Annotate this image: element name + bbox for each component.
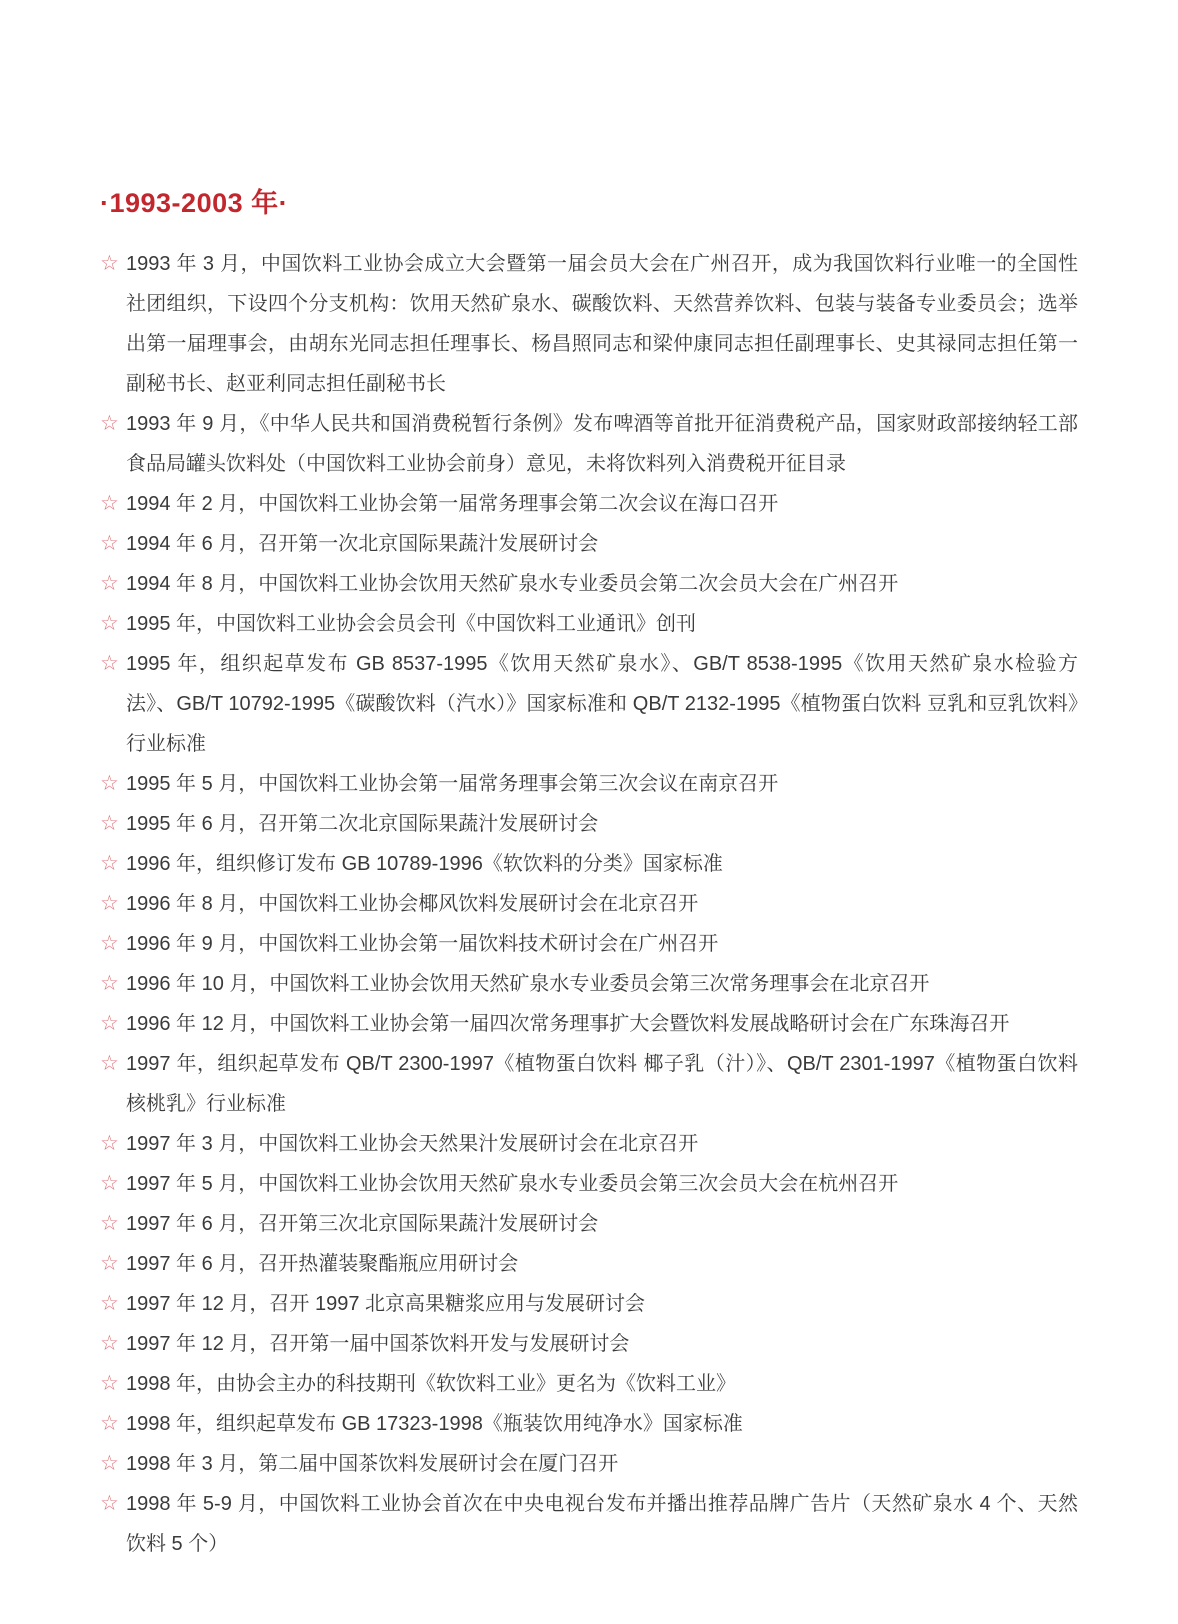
star-icon: ☆ <box>100 924 122 964</box>
timeline-list: ☆ 1993 年 3 月，中国饮料工业协会成立大会暨第一届会员大会在广州召开，成… <box>100 244 1078 1564</box>
star-icon: ☆ <box>100 524 122 564</box>
star-icon: ☆ <box>100 604 122 644</box>
timeline-item: ☆ 1994 年 6 月，召开第一次北京国际果蔬汁发展研讨会 <box>100 524 1078 564</box>
star-icon: ☆ <box>100 644 122 684</box>
timeline-entry-text: 1996 年 8 月，中国饮料工业协会椰风饮料发展研讨会在北京召开 <box>126 893 698 915</box>
star-icon: ☆ <box>100 1324 122 1364</box>
star-icon: ☆ <box>100 1364 122 1404</box>
timeline-entry-text: 1993 年 9 月，《中华人民共和国消费税暂行条例》发布啤酒等首批开征消费税产… <box>126 413 1078 475</box>
timeline-item: ☆ 1995 年 5 月，中国饮料工业协会第一届常务理事会第三次会议在南京召开 <box>100 764 1078 804</box>
star-icon: ☆ <box>100 1444 122 1484</box>
timeline-entry-text: 1996 年，组织修订发布 GB 10789-1996《软饮料的分类》国家标准 <box>126 853 723 875</box>
star-icon: ☆ <box>100 1244 122 1284</box>
star-icon: ☆ <box>100 1044 122 1084</box>
timeline-entry-text: 1993 年 3 月，中国饮料工业协会成立大会暨第一届会员大会在广州召开，成为我… <box>126 253 1078 395</box>
timeline-item: ☆ 1995 年，中国饮料工业协会会员会刊《中国饮料工业通讯》创刊 <box>100 604 1078 644</box>
star-icon: ☆ <box>100 1284 122 1324</box>
star-icon: ☆ <box>100 764 122 804</box>
star-icon: ☆ <box>100 1404 122 1444</box>
timeline-item: ☆ 1996 年 12 月，中国饮料工业协会第一届四次常务理事扩大会暨饮料发展战… <box>100 1004 1078 1044</box>
star-icon: ☆ <box>100 964 122 1004</box>
timeline-item: ☆ 1998 年 3 月，第二届中国茶饮料发展研讨会在厦门召开 <box>100 1444 1078 1484</box>
timeline-item: ☆ 1997 年 5 月，中国饮料工业协会饮用天然矿泉水专业委员会第三次会员大会… <box>100 1164 1078 1204</box>
star-icon: ☆ <box>100 844 122 884</box>
timeline-entry-text: 1995 年，组织起草发布 GB 8537-1995《饮用天然矿泉水》、GB/T… <box>126 653 1078 755</box>
star-icon: ☆ <box>100 1124 122 1164</box>
timeline-item: ☆ 1997 年 6 月，召开第三次北京国际果蔬汁发展研讨会 <box>100 1204 1078 1244</box>
timeline-item: ☆ 1996 年，组织修订发布 GB 10789-1996《软饮料的分类》国家标… <box>100 844 1078 884</box>
timeline-item: ☆ 1997 年 12 月，召开 1997 北京高果糖浆应用与发展研讨会 <box>100 1284 1078 1324</box>
timeline-entry-text: 1998 年 5-9 月，中国饮料工业协会首次在中央电视台发布并播出推荐品牌广告… <box>126 1493 1078 1555</box>
timeline-entry-text: 1994 年 8 月，中国饮料工业协会饮用天然矿泉水专业委员会第二次会员大会在广… <box>126 573 898 595</box>
timeline-entry-text: 1995 年，中国饮料工业协会会员会刊《中国饮料工业通讯》创刊 <box>126 613 696 635</box>
star-icon: ☆ <box>100 804 122 844</box>
star-icon: ☆ <box>100 1004 122 1044</box>
timeline-entry-text: 1998 年，组织起草发布 GB 17323-1998《瓶装饮用纯净水》国家标准 <box>126 1413 743 1435</box>
timeline-entry-text: 1996 年 9 月，中国饮料工业协会第一届饮料技术研讨会在广州召开 <box>126 933 718 955</box>
timeline-entry-text: 1997 年 6 月，召开第三次北京国际果蔬汁发展研讨会 <box>126 1213 598 1235</box>
timeline-entry-text: 1998 年，由协会主办的科技期刊《软饮料工业》更名为《饮料工业》 <box>126 1373 736 1395</box>
timeline-entry-text: 1997 年，组织起草发布 QB/T 2300-1997《植物蛋白饮料 椰子乳（… <box>126 1053 1078 1115</box>
timeline-item: ☆ 1995 年，组织起草发布 GB 8537-1995《饮用天然矿泉水》、GB… <box>100 644 1078 764</box>
timeline-item: ☆ 1998 年，组织起草发布 GB 17323-1998《瓶装饮用纯净水》国家… <box>100 1404 1078 1444</box>
document-page: ·1993-2003 年· ☆ 1993 年 3 月，中国饮料工业协会成立大会暨… <box>0 0 1178 1624</box>
timeline-entry-text: 1995 年 5 月，中国饮料工业协会第一届常务理事会第三次会议在南京召开 <box>126 773 778 795</box>
timeline-entry-text: 1995 年 6 月，召开第二次北京国际果蔬汁发展研讨会 <box>126 813 598 835</box>
timeline-item: ☆ 1996 年 10 月，中国饮料工业协会饮用天然矿泉水专业委员会第三次常务理… <box>100 964 1078 1004</box>
star-icon: ☆ <box>100 244 122 284</box>
timeline-entry-text: 1997 年 12 月，召开第一届中国茶饮料开发与发展研讨会 <box>126 1333 629 1355</box>
star-icon: ☆ <box>100 1204 122 1244</box>
timeline-item: ☆ 1993 年 9 月，《中华人民共和国消费税暂行条例》发布啤酒等首批开征消费… <box>100 404 1078 484</box>
timeline-item: ☆ 1996 年 8 月，中国饮料工业协会椰风饮料发展研讨会在北京召开 <box>100 884 1078 924</box>
timeline-item: ☆ 1997 年，组织起草发布 QB/T 2300-1997《植物蛋白饮料 椰子… <box>100 1044 1078 1124</box>
timeline-entry-text: 1994 年 6 月，召开第一次北京国际果蔬汁发展研讨会 <box>126 533 598 555</box>
timeline-item: ☆ 1997 年 12 月，召开第一届中国茶饮料开发与发展研讨会 <box>100 1324 1078 1364</box>
timeline-item: ☆ 1993 年 3 月，中国饮料工业协会成立大会暨第一届会员大会在广州召开，成… <box>100 244 1078 404</box>
timeline-entry-text: 1997 年 3 月，中国饮料工业协会天然果汁发展研讨会在北京召开 <box>126 1133 698 1155</box>
timeline-item: ☆ 1996 年 9 月，中国饮料工业协会第一届饮料技术研讨会在广州召开 <box>100 924 1078 964</box>
timeline-entry-text: 1994 年 2 月，中国饮料工业协会第一届常务理事会第二次会议在海口召开 <box>126 493 778 515</box>
timeline-item: ☆ 1997 年 6 月，召开热灌装聚酯瓶应用研讨会 <box>100 1244 1078 1284</box>
timeline-item: ☆ 1998 年 5-9 月，中国饮料工业协会首次在中央电视台发布并播出推荐品牌… <box>100 1484 1078 1564</box>
timeline-item: ☆ 1994 年 8 月，中国饮料工业协会饮用天然矿泉水专业委员会第二次会员大会… <box>100 564 1078 604</box>
timeline-item: ☆ 1994 年 2 月，中国饮料工业协会第一届常务理事会第二次会议在海口召开 <box>100 484 1078 524</box>
star-icon: ☆ <box>100 884 122 924</box>
star-icon: ☆ <box>100 1484 122 1524</box>
timeline-entry-text: 1998 年 3 月，第二届中国茶饮料发展研讨会在厦门召开 <box>126 1453 618 1475</box>
star-icon: ☆ <box>100 564 122 604</box>
timeline-entry-text: 1997 年 5 月，中国饮料工业协会饮用天然矿泉水专业委员会第三次会员大会在杭… <box>126 1173 898 1195</box>
star-icon: ☆ <box>100 1164 122 1204</box>
timeline-entry-text: 1996 年 10 月，中国饮料工业协会饮用天然矿泉水专业委员会第三次常务理事会… <box>126 973 929 995</box>
timeline-entry-text: 1997 年 12 月，召开 1997 北京高果糖浆应用与发展研讨会 <box>126 1293 645 1315</box>
page-title: ·1993-2003 年· <box>100 188 1078 218</box>
timeline-item: ☆ 1998 年，由协会主办的科技期刊《软饮料工业》更名为《饮料工业》 <box>100 1364 1078 1404</box>
timeline-entry-text: 1997 年 6 月，召开热灌装聚酯瓶应用研讨会 <box>126 1253 518 1275</box>
star-icon: ☆ <box>100 404 122 444</box>
star-icon: ☆ <box>100 484 122 524</box>
timeline-entry-text: 1996 年 12 月，中国饮料工业协会第一届四次常务理事扩大会暨饮料发展战略研… <box>126 1013 1009 1035</box>
timeline-item: ☆ 1995 年 6 月，召开第二次北京国际果蔬汁发展研讨会 <box>100 804 1078 844</box>
timeline-item: ☆ 1997 年 3 月，中国饮料工业协会天然果汁发展研讨会在北京召开 <box>100 1124 1078 1164</box>
